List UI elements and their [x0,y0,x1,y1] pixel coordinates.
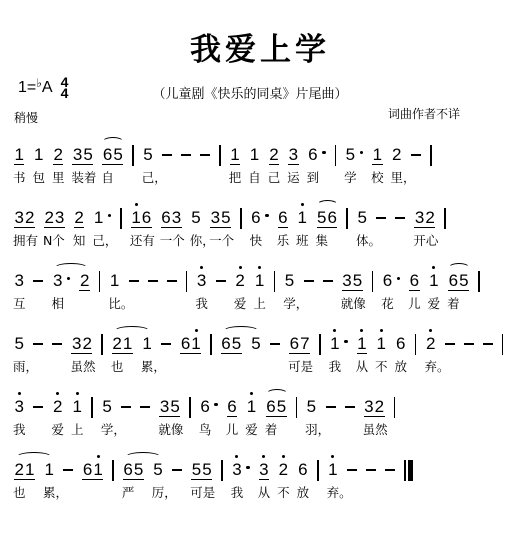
octave-dot [56,392,59,395]
note-cell: 23N个 [44,198,65,228]
note-cell: 5学， [284,261,294,291]
note-digit: 6 [221,334,231,353]
lyric-text: 集 [316,231,329,249]
lyric-text: 羽， [305,420,330,438]
lyric-text: 严 [122,483,135,501]
barline [317,460,319,481]
note-digit: 6 [227,397,237,416]
note-digit: 2 [392,145,402,164]
lyric-text: 放 [395,357,408,375]
augmentation-dot [246,466,250,470]
note-digits: 65 [266,397,287,417]
note-digit: 3 [171,208,181,227]
note-digit: 6 [382,271,392,290]
sheet-music-page: 我爱上学 1=♭A 4 4 （儿童剧《快乐的同桌》片尾曲） 稍慢 词曲作者不详 … [0,0,520,551]
note-digits: 2 [79,271,89,291]
lyric-text: 拥有 [13,231,38,249]
note-cell: 35就像 [342,261,363,291]
barline [502,334,504,355]
composer-credit: 词曲作者不详 [388,105,460,122]
note-digit: 6 [308,145,318,164]
note-digits: 2 [269,145,279,165]
music-line-3: 3互3相21比。3我2爱1上5学，35就像6花6儿1爱65着 [14,261,520,324]
note-digit: 2 [278,460,288,479]
note-digit: 1 [330,334,340,353]
note-digit: 2 [14,460,24,479]
note-digits: 2 [392,145,402,164]
note-digit: 2 [24,208,34,227]
note-digit: 5 [459,271,469,290]
note-cell: 1累， [142,324,152,354]
lyric-text: 己， [142,168,167,186]
lyric-text: 还有 [130,231,155,249]
note-digit: 2 [79,271,89,290]
lyric-text: 装着 [71,168,96,186]
note-digits: 1 [372,145,382,165]
duration-dash [464,343,474,345]
note-cell: 2己 [269,135,279,165]
final-bar-thin [404,460,406,481]
note-cell: 1书 [14,135,24,165]
barline [132,145,134,166]
music-line-5: 3我2爱1上5学，35就像6鸟6儿1爱65着5羽，32虽然 [14,387,520,450]
duration-dash [326,406,336,408]
lyric-text: 也 [111,357,124,375]
lyric-text: 把 [229,168,242,186]
note-digit: 1 [429,271,439,290]
duration-dash [304,280,314,282]
note-digit: 3 [210,208,220,227]
barline [335,145,337,166]
note-cell: 6花 [382,261,400,291]
note-digits: 5 [284,271,294,290]
barline [444,208,446,229]
lyric-text: 自 [248,168,261,186]
note-digit: 6 [102,145,112,164]
note-digit: 3 [72,145,82,164]
duration-dash [483,343,493,345]
note-digit: 1 [142,334,152,353]
note-digits: 32 [364,397,385,417]
octave-dot [429,329,432,332]
duration-dash [172,469,182,471]
note-digit: 2 [112,334,122,353]
barline [346,208,348,229]
final-bar-thick [408,460,413,481]
note-digit: 1 [44,460,54,479]
note-digit: 5 [345,145,355,164]
note-cell: 1己， [93,198,111,228]
note-cell: 35装着 [72,135,93,165]
lyric-text: 就像 [158,420,183,438]
lyric-text: 从 [258,483,271,501]
note-digit: 2 [74,208,84,227]
barline [112,460,114,481]
note-digit: 5 [133,460,143,479]
note-cell: 1累， [44,450,54,480]
lyric-text: 我 [329,357,342,375]
augmentation-dot [67,277,71,281]
note-digits: 5 [14,334,24,353]
note-digit: 1 [328,460,338,479]
song-subtitle: （儿童剧《快乐的同桌》片尾曲） [0,83,500,102]
note-digit: 6 [289,334,299,353]
note-digit: 1 [93,208,103,227]
note-digits: 32 [71,334,92,354]
note-digit: 3 [196,271,206,290]
note-digits: 6 [227,397,237,417]
music-line-4: 5雨，32虽然21也1累，6165567可是1我1从1不6放2弃。 [14,324,520,387]
note-digits: 1 [14,145,24,165]
note-cell: 2爱 [235,261,245,291]
octave-dot [76,392,79,395]
note-digit: 1 [357,334,367,353]
note-digit: 6 [180,334,190,353]
note-digit: 1 [372,145,382,164]
note-digit: 3 [364,397,374,416]
lyric-text: 虽然 [363,420,388,438]
note-digit: 5 [191,460,201,479]
note-digit: 3 [259,460,269,479]
note-digit: 1 [230,145,240,164]
note-digit: 3 [52,271,62,290]
note-cell: 65着 [448,261,469,291]
note-digits: 35 [342,271,363,291]
jianpu-score: 1书1包2里35装着65自5己，1把1自2己3运6到5学1校2里，32拥有23N… [0,127,520,513]
note-digits: 6 [409,271,419,291]
barline [120,208,122,229]
augmentation-dot [108,214,112,218]
barline [478,271,480,292]
note-digits: 16 [131,208,152,228]
note-digits: 23 [44,208,65,228]
lyric-text: 不 [375,357,388,375]
note-digit: 6 [161,208,171,227]
note-cell: 6到 [308,135,326,165]
note-digits: 2 [53,145,63,165]
lyric-text: 放 [297,483,310,501]
song-title: 我爱上学 [0,0,520,69]
note-digits: 61 [82,460,103,480]
slur-group: 655 [221,324,261,354]
note-digits: 1 [246,397,256,416]
note-cell: 2知 [74,198,84,228]
duration-dash [52,343,62,345]
lyric-text: 花 [381,294,394,312]
lyric-text: 爱 [428,294,441,312]
note-cell: 1上 [254,261,264,291]
note-digit: 1 [93,460,103,479]
note-digit: 7 [300,334,310,353]
note-cell: 2里， [392,135,402,165]
note-digits: 35 [159,397,180,417]
final-barline [404,460,413,481]
note-cell: 2里 [53,135,63,165]
music-line-1: 1书1包2里35装着65自5己，1把1自2己3运6到5学1校2里， [14,135,520,198]
octave-dot [135,203,138,206]
lyric-text: 包 [32,168,45,186]
duration-dash [140,406,150,408]
note-digits: 1 [297,208,307,227]
note-digits: 5 [345,145,363,164]
note-digits: 2 [74,208,84,228]
note-cell: 67可是 [289,324,310,354]
note-digits: 6 [396,334,406,353]
duration-dash [167,280,177,282]
note-cell: 2爱 [52,387,62,417]
note-digits: 21 [112,334,133,354]
note-digit: 2 [425,208,435,227]
octave-dot [360,329,363,332]
note-digit: 2 [82,334,92,353]
duration-dash [129,280,139,282]
note-digits: 6 [278,208,288,228]
note-cell: 2 [79,261,89,291]
note-digits: 65 [448,271,469,291]
duration-dash [270,343,280,345]
barline [186,271,188,292]
lyric-text: 一个 [209,231,234,249]
note-cell: 3互 [14,261,24,291]
lyric-text: 着 [265,420,278,438]
note-cell: 1弃。 [328,450,338,480]
note-cell: 1爱 [429,261,439,291]
note-digits: 3 [259,460,269,480]
note-cell: 1包 [33,135,43,165]
note-cell: 5雨， [14,324,24,354]
note-digits: 6 [308,145,326,164]
lyric-text: 我 [13,420,26,438]
lyric-text: 厉， [152,483,177,501]
note-digits: 1 [93,208,111,227]
barline [91,397,93,418]
augmentation-dot [322,151,326,155]
note-digits: 2 [425,334,435,353]
lyric-text: 里 [52,168,65,186]
barline [101,334,103,355]
note-digits: 65 [102,145,123,165]
duration-dash [411,154,421,156]
duration-dash [385,469,395,471]
note-digits: 1 [72,397,82,416]
lyric-text: 己， [92,231,117,249]
octave-dot [380,329,383,332]
duration-dash [33,280,43,282]
duration-dash [63,469,73,471]
barline [372,271,374,292]
note-digits: 55 [191,460,212,480]
note-cell: 3从 [259,450,269,480]
duration-dash [121,406,131,408]
duration-dash [345,406,355,408]
note-digit: 6 [396,334,406,353]
lyric-text: 爱 [245,420,258,438]
lyric-text: 学 [344,168,357,186]
lyric-text: 我 [231,483,244,501]
note-cell: 21也 [112,324,133,354]
duration-dash [216,280,226,282]
note-digit: 5 [317,208,327,227]
duration-dash [162,154,172,156]
duration-dash [148,280,158,282]
note-digit: 1 [297,208,307,227]
note-digit: 5 [284,271,294,290]
note-digits: 3 [232,460,250,479]
note-cell: 3运 [288,135,298,165]
note-digits: 5 [357,208,367,227]
note-digit: 6 [251,208,261,227]
barline [219,145,221,166]
note-digits: 1 [254,271,264,290]
lyric-text: 里， [391,168,416,186]
duration-dash [200,154,210,156]
note-cell: 65自 [102,135,123,165]
barline [319,334,321,355]
note-cell: 35就像 [159,387,180,417]
lyric-text: 学， [283,294,308,312]
note-digits: 6 [200,397,218,416]
note-cell: 35一个 [210,198,231,228]
note-cell: 2弃。 [425,324,435,354]
lyric-text: 也 [13,483,26,501]
note-digit: 3 [288,145,298,164]
note-digit: 5 [202,460,212,479]
octave-dot [200,266,203,269]
note-cell: 5羽， [306,387,316,417]
note-digits: 1 [376,334,386,353]
note-cell: 6儿 [409,261,419,291]
octave-dot [235,455,238,458]
note-digit: 3 [414,208,424,227]
lyric-text: 可是 [288,357,313,375]
lyric-text: 快 [250,231,263,249]
lyric-text: 弃。 [327,483,352,501]
note-digit: 1 [249,145,259,164]
octave-dot [239,266,242,269]
note-digit: 1 [131,208,141,227]
note-cell: 3相 [52,261,70,291]
note-digits: 32 [14,208,35,228]
note-digit: 2 [425,334,435,353]
note-digit: 5 [153,460,163,479]
lyric-text: 己 [268,168,281,186]
note-cell: 1我 [330,324,348,354]
note-digit: 5 [306,397,316,416]
note-digits: 2 [52,397,62,416]
note-digit: 2 [52,397,62,416]
music-line-2: 32拥有23N个2知1己，16还有63一个5你，35一个6快6乐1班56集5体。… [14,198,520,261]
note-digit: 1 [376,334,386,353]
lyric-text: 雨， [13,357,38,375]
note-digit: 1 [246,397,256,416]
augmentation-dot [397,277,401,281]
note-digits: 65 [221,334,242,354]
lyric-text: 累， [141,357,166,375]
lyric-text: 开心 [413,231,438,249]
note-digit: 3 [232,460,242,479]
note-digits: 5 [143,145,153,164]
lyric-text: 不 [277,483,290,501]
lyric-text: 弃。 [424,357,449,375]
note-digit: 6 [266,397,276,416]
lyric-text: 互 [13,294,26,312]
note-digits: 6 [251,208,269,227]
note-digit: 6 [82,460,92,479]
octave-dot [250,392,253,395]
note-digits: 56 [317,208,338,228]
duration-dash [376,217,386,219]
note-digit: 6 [409,271,419,290]
note-cell: 61 [82,450,103,480]
note-digits: 21 [14,460,35,480]
note-cell: 32拥有 [14,198,35,228]
note-digit: 5 [191,208,201,227]
note-digit: 1 [24,460,34,479]
lyric-text: 运 [287,168,300,186]
barline [210,334,212,355]
header-meta: 1=♭A 4 4 （儿童剧《快乐的同桌》片尾曲） 稍慢 词曲作者不详 [0,71,520,127]
note-digits: 1 [33,145,43,164]
note-digit: 2 [374,397,384,416]
note-digit: 5 [276,397,286,416]
lyric-text: 可是 [190,483,215,501]
note-cell: 1校 [372,135,382,165]
lyric-text: 上 [253,294,266,312]
octave-dot [301,203,304,206]
note-digits: 35 [72,145,93,165]
augmentation-dot [214,403,218,407]
note-digit: 6 [448,271,458,290]
note-digit: 6 [141,208,151,227]
note-digit: 3 [159,397,169,416]
note-digit: 6 [123,460,133,479]
barline [296,397,298,418]
note-digit: 3 [14,397,24,416]
note-cell: 1自 [249,135,259,165]
octave-dot [333,329,336,332]
duration-dash [366,469,376,471]
octave-dot [432,266,435,269]
note-cell: 32虽然 [71,324,92,354]
note-cell: 1班 [297,198,307,228]
lyric-text: 校 [371,168,384,186]
note-digit: 6 [327,208,337,227]
note-cell: 5厉， [153,450,163,480]
lyric-text: 鸟 [199,420,212,438]
lyric-text: 上 [71,420,84,438]
augmentation-dot [344,340,348,344]
octave-dot [262,455,265,458]
note-cell: 16还有 [131,198,152,228]
lyric-text: 虽然 [70,357,95,375]
lyric-text: 比。 [108,294,133,312]
note-cell: 65着 [266,387,287,417]
note-digits: 5 [153,460,163,479]
barline [274,271,276,292]
note-digit: 1 [14,145,24,164]
slur-group: 21也1累， [14,450,54,480]
note-digit: 1 [254,271,264,290]
lyric-text: 儿 [408,294,421,312]
duration-dash [161,343,171,345]
note-cell: 3我 [14,387,24,417]
note-digits: 67 [289,334,310,354]
note-cell: 5 [251,324,261,354]
note-digits: 5 [306,397,316,416]
note-cell: 1爱 [246,387,256,417]
note-digit: 5 [113,145,123,164]
note-digits: 5 [102,397,112,416]
